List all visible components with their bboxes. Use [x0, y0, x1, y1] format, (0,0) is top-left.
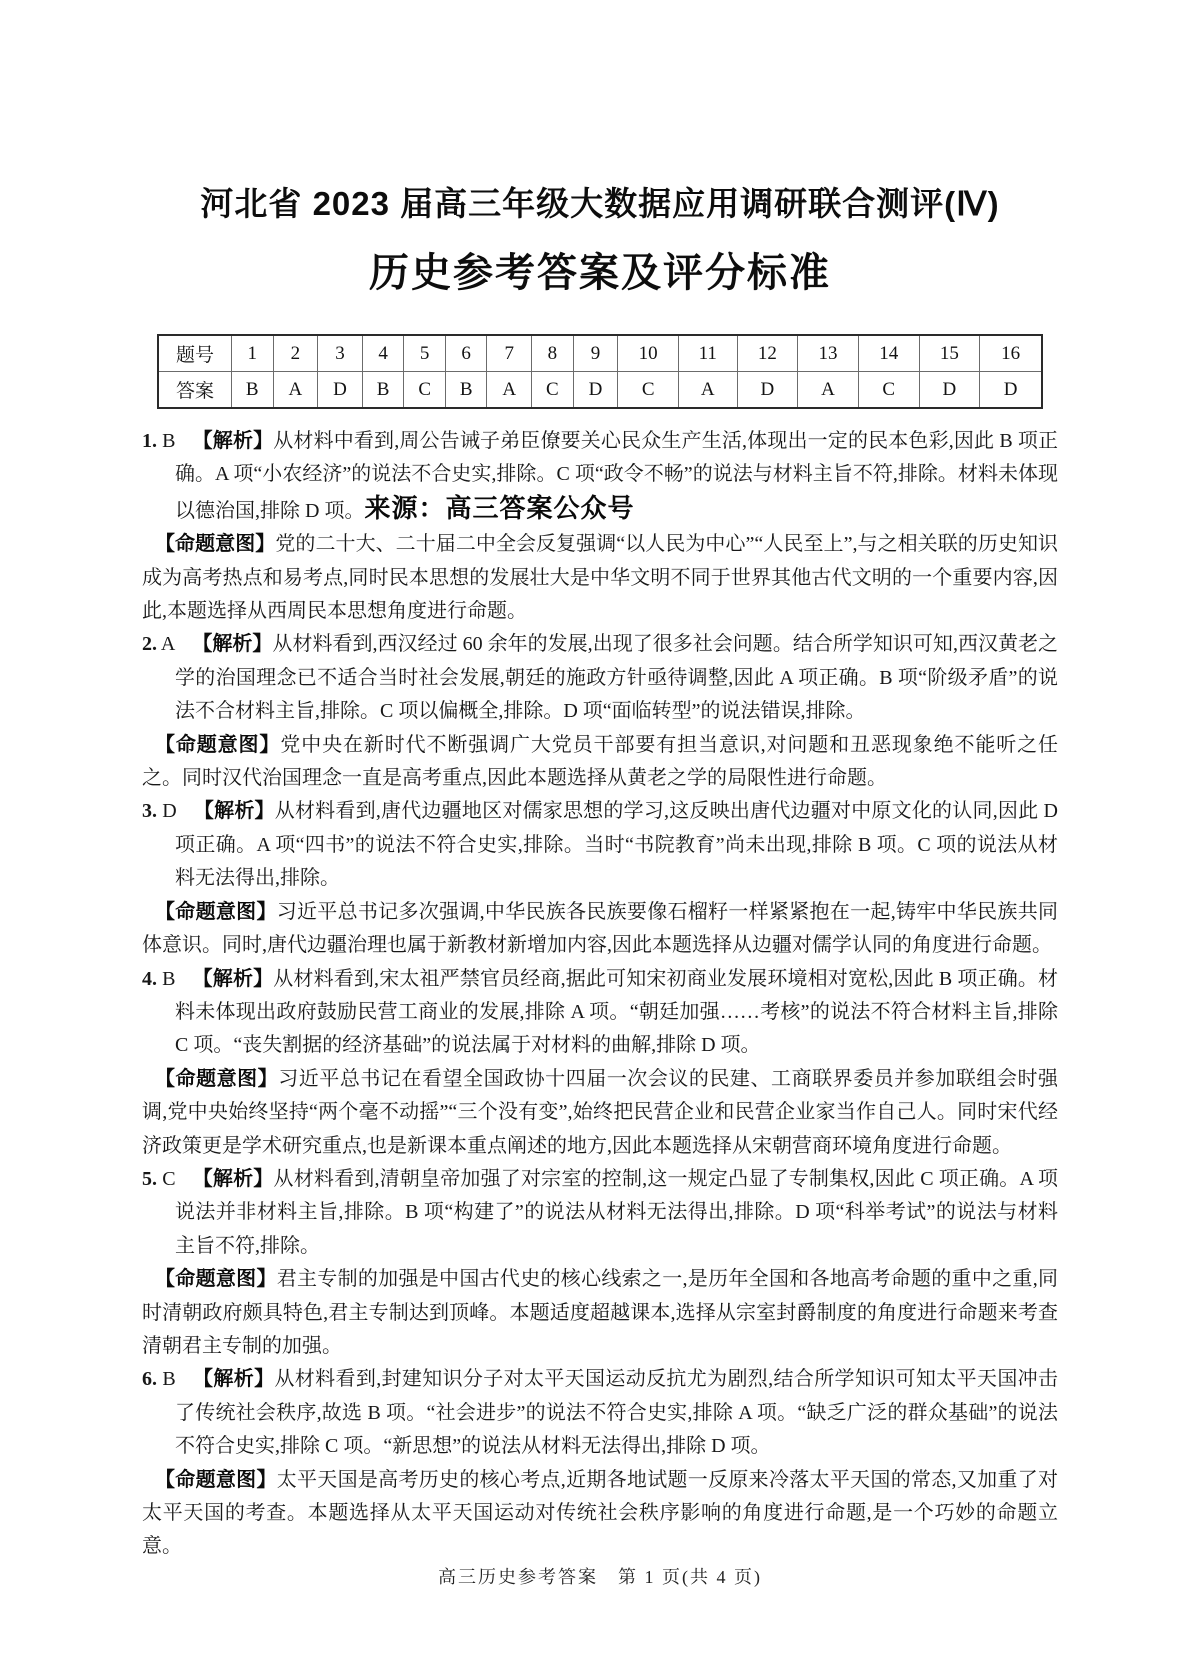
answer-cell: D: [573, 372, 618, 409]
answer-cell: C: [858, 372, 919, 409]
question-answer-letter: B: [162, 968, 175, 990]
analysis-text: 从材料看到,清朝皇帝加强了对宗室的控制,这一规定凸显了专制集权,因此 C 项正确…: [175, 1168, 1058, 1257]
question-block: 3. D【解析】从材料看到,唐代边疆地区对儒家思想的学习,这反映出唐代边疆对中原…: [142, 795, 1058, 962]
question-answer-letter: C: [162, 1168, 175, 1190]
table-row-question-numbers: 题号 12345678910111213141516: [158, 335, 1042, 372]
answer-cell: B: [232, 372, 274, 409]
question-number: 4.: [142, 968, 157, 990]
intent-label: 【命题意图】: [155, 533, 275, 555]
intent-text: 君主专制的加强是中国古代史的核心线索之一,是历年全国和各地高考命题的重中之重,同…: [142, 1268, 1058, 1357]
answer-cell: C: [404, 372, 446, 409]
intent-label: 【命题意图】: [155, 734, 280, 756]
exam-answer-sheet-page: 河北省 2023 届高三年级大数据应用调研联合测评(Ⅳ) 历史参考答案及评分标准…: [0, 0, 1200, 1673]
answer-cell: C: [532, 372, 574, 409]
answer-table-wrap: 题号 12345678910111213141516 答案 BADBCBACDC…: [157, 334, 1043, 409]
analysis-text: 从材料看到,宋太祖严禁官员经商,据此可知宋初商业发展环境相对宽松,因此 B 项正…: [175, 968, 1058, 1057]
page-footer: 高三历史参考答案 第 1 页(共 4 页): [0, 1563, 1200, 1589]
question-analysis-paragraph: 2. A【解析】从材料看到,西汉经过 60 余年的发展,出现了很多社会问题。结合…: [142, 628, 1058, 728]
question-block: 6. B【解析】从材料看到,封建知识分子对太平天国运动反抗尤为剧烈,结合所学知识…: [142, 1363, 1058, 1563]
question-number: 3.: [142, 800, 157, 822]
question-analysis-paragraph: 1. B【解析】从材料中看到,周公告诫子弟臣僚要关心民众生产生活,体现出一定的民…: [142, 425, 1058, 528]
analysis-label: 【解析】: [194, 800, 275, 822]
question-intent-paragraph: 【命题意图】党中央在新时代不断强调广大党员干部要有担当意识,对问题和丑恶现象绝不…: [142, 729, 1058, 796]
question-number-cell: 8: [532, 335, 574, 372]
answer-cell: B: [445, 372, 487, 409]
question-number-cell: 15: [919, 335, 980, 372]
row-label-answer: 答案: [158, 372, 232, 409]
question-number-cell: 6: [445, 335, 487, 372]
question-number: 1.: [142, 430, 157, 452]
question-block: 4. B【解析】从材料看到,宋太祖严禁官员经商,据此可知宋初商业发展环境相对宽松…: [142, 963, 1058, 1163]
question-intent-paragraph: 【命题意图】君主专制的加强是中国古代史的核心线索之一,是历年全国和各地高考命题的…: [142, 1263, 1058, 1363]
analysis-label: 【解析】: [193, 968, 274, 990]
analysis-label: 【解析】: [192, 633, 272, 655]
answer-cell: D: [980, 372, 1042, 409]
question-number: 5.: [142, 1168, 157, 1190]
question-block: 1. B【解析】从材料中看到,周公告诫子弟臣僚要关心民众生产生活,体现出一定的民…: [142, 425, 1058, 628]
question-number-cell: 3: [318, 335, 363, 372]
question-number-cell: 10: [618, 335, 679, 372]
intent-text: 习近平总书记多次强调,中华民族各民族要像石榴籽一样紧紧抱在一起,铸牢中华民族共同…: [142, 901, 1058, 956]
answer-cell: D: [919, 372, 980, 409]
analysis-text: 从材料看到,唐代边疆地区对儒家思想的学习,这反映出唐代边疆对中原文化的认同,因此…: [175, 800, 1058, 889]
intent-label: 【命题意图】: [155, 1268, 277, 1290]
question-intent-paragraph: 【命题意图】党的二十大、二十届二中全会反复强调“以人民为中心”“人民至上”,与之…: [142, 528, 1058, 628]
page-title: 河北省 2023 届高三年级大数据应用调研联合测评(Ⅳ): [0, 178, 1200, 225]
question-answer-letter: A: [161, 633, 175, 655]
answer-cell: A: [487, 372, 532, 409]
row-label-question-number: 题号: [158, 335, 232, 372]
answer-cell: B: [362, 372, 404, 409]
answer-cell: A: [679, 372, 738, 409]
intent-text: 党中央在新时代不断强调广大党员干部要有担当意识,对问题和丑恶现象绝不能听之任之。…: [142, 734, 1058, 789]
question-analysis-paragraph: 6. B【解析】从材料看到,封建知识分子对太平天国运动反抗尤为剧烈,结合所学知识…: [142, 1363, 1058, 1463]
answer-cell: D: [737, 372, 798, 409]
question-number-cell: 5: [404, 335, 446, 372]
question-analysis-paragraph: 4. B【解析】从材料看到,宋太祖严禁官员经商,据此可知宋初商业发展环境相对宽松…: [142, 963, 1058, 1063]
answer-cell: C: [618, 372, 679, 409]
question-number-cell: 4: [362, 335, 404, 372]
analysis-label: 【解析】: [193, 430, 274, 452]
answer-cell: A: [798, 372, 859, 409]
question-number: 2.: [142, 633, 157, 655]
question-intent-paragraph: 【命题意图】太平天国是高考历史的核心考点,近期各地试题一反原来冷落太平天国的常态…: [142, 1464, 1058, 1564]
question-answer-letter: B: [162, 1368, 175, 1390]
question-answer-letter: D: [162, 800, 176, 822]
table-row-answers: 答案 BADBCBACDCADACDD: [158, 372, 1042, 409]
question-number-cell: 9: [573, 335, 618, 372]
analysis-label: 【解析】: [193, 1168, 274, 1190]
question-intent-paragraph: 【命题意图】习近平总书记在看望全国政协十四届一次会议的民建、工商联界委员并参加联…: [142, 1063, 1058, 1163]
answer-cell: D: [318, 372, 363, 409]
question-number-cell: 13: [798, 335, 859, 372]
analysis-text: 从材料看到,封建知识分子对太平天国运动反抗尤为剧烈,结合所学知识可知太平天国冲击…: [175, 1368, 1058, 1457]
page-subtitle: 历史参考答案及评分标准: [0, 241, 1200, 298]
intent-text: 太平天国是高考历史的核心考点,近期各地试题一反原来冷落太平天国的常态,又加重了对…: [142, 1469, 1058, 1558]
question-analysis-paragraph: 3. D【解析】从材料看到,唐代边疆地区对儒家思想的学习,这反映出唐代边疆对中原…: [142, 795, 1058, 895]
answer-explanations: 1. B【解析】从材料中看到,周公告诫子弟臣僚要关心民众生产生活,体现出一定的民…: [142, 425, 1058, 1564]
question-block: 2. A【解析】从材料看到,西汉经过 60 余年的发展,出现了很多社会问题。结合…: [142, 628, 1058, 795]
question-number-cell: 12: [737, 335, 798, 372]
analysis-label: 【解析】: [193, 1368, 275, 1390]
source-watermark-text: 来源：高三答案公众号: [364, 493, 634, 523]
intent-text: 习近平总书记在看望全国政协十四届一次会议的民建、工商联界委员并参加联组会时强调,…: [142, 1068, 1058, 1157]
intent-text: 党的二十大、二十届二中全会反复强调“以人民为中心”“人民至上”,与之相关联的历史…: [142, 533, 1058, 622]
question-answer-letter: B: [162, 430, 175, 452]
question-block: 5. C【解析】从材料看到,清朝皇帝加强了对宗室的控制,这一规定凸显了专制集权,…: [142, 1163, 1058, 1363]
intent-label: 【命题意图】: [155, 1068, 278, 1090]
question-number-cell: 7: [487, 335, 532, 372]
question-number: 6.: [142, 1368, 157, 1390]
question-number-cell: 1: [232, 335, 274, 372]
question-analysis-paragraph: 5. C【解析】从材料看到,清朝皇帝加强了对宗室的控制,这一规定凸显了专制集权,…: [142, 1163, 1058, 1263]
answer-table: 题号 12345678910111213141516 答案 BADBCBACDC…: [157, 334, 1043, 409]
intent-label: 【命题意图】: [155, 901, 277, 923]
analysis-text: 从材料看到,西汉经过 60 余年的发展,出现了很多社会问题。结合所学知识可知,西…: [175, 633, 1058, 722]
question-number-cell: 14: [858, 335, 919, 372]
question-number-cell: 11: [679, 335, 738, 372]
answer-cell: A: [273, 372, 318, 409]
question-intent-paragraph: 【命题意图】习近平总书记多次强调,中华民族各民族要像石榴籽一样紧紧抱在一起,铸牢…: [142, 896, 1058, 963]
question-number-cell: 2: [273, 335, 318, 372]
intent-label: 【命题意图】: [155, 1469, 277, 1491]
question-number-cell: 16: [980, 335, 1042, 372]
